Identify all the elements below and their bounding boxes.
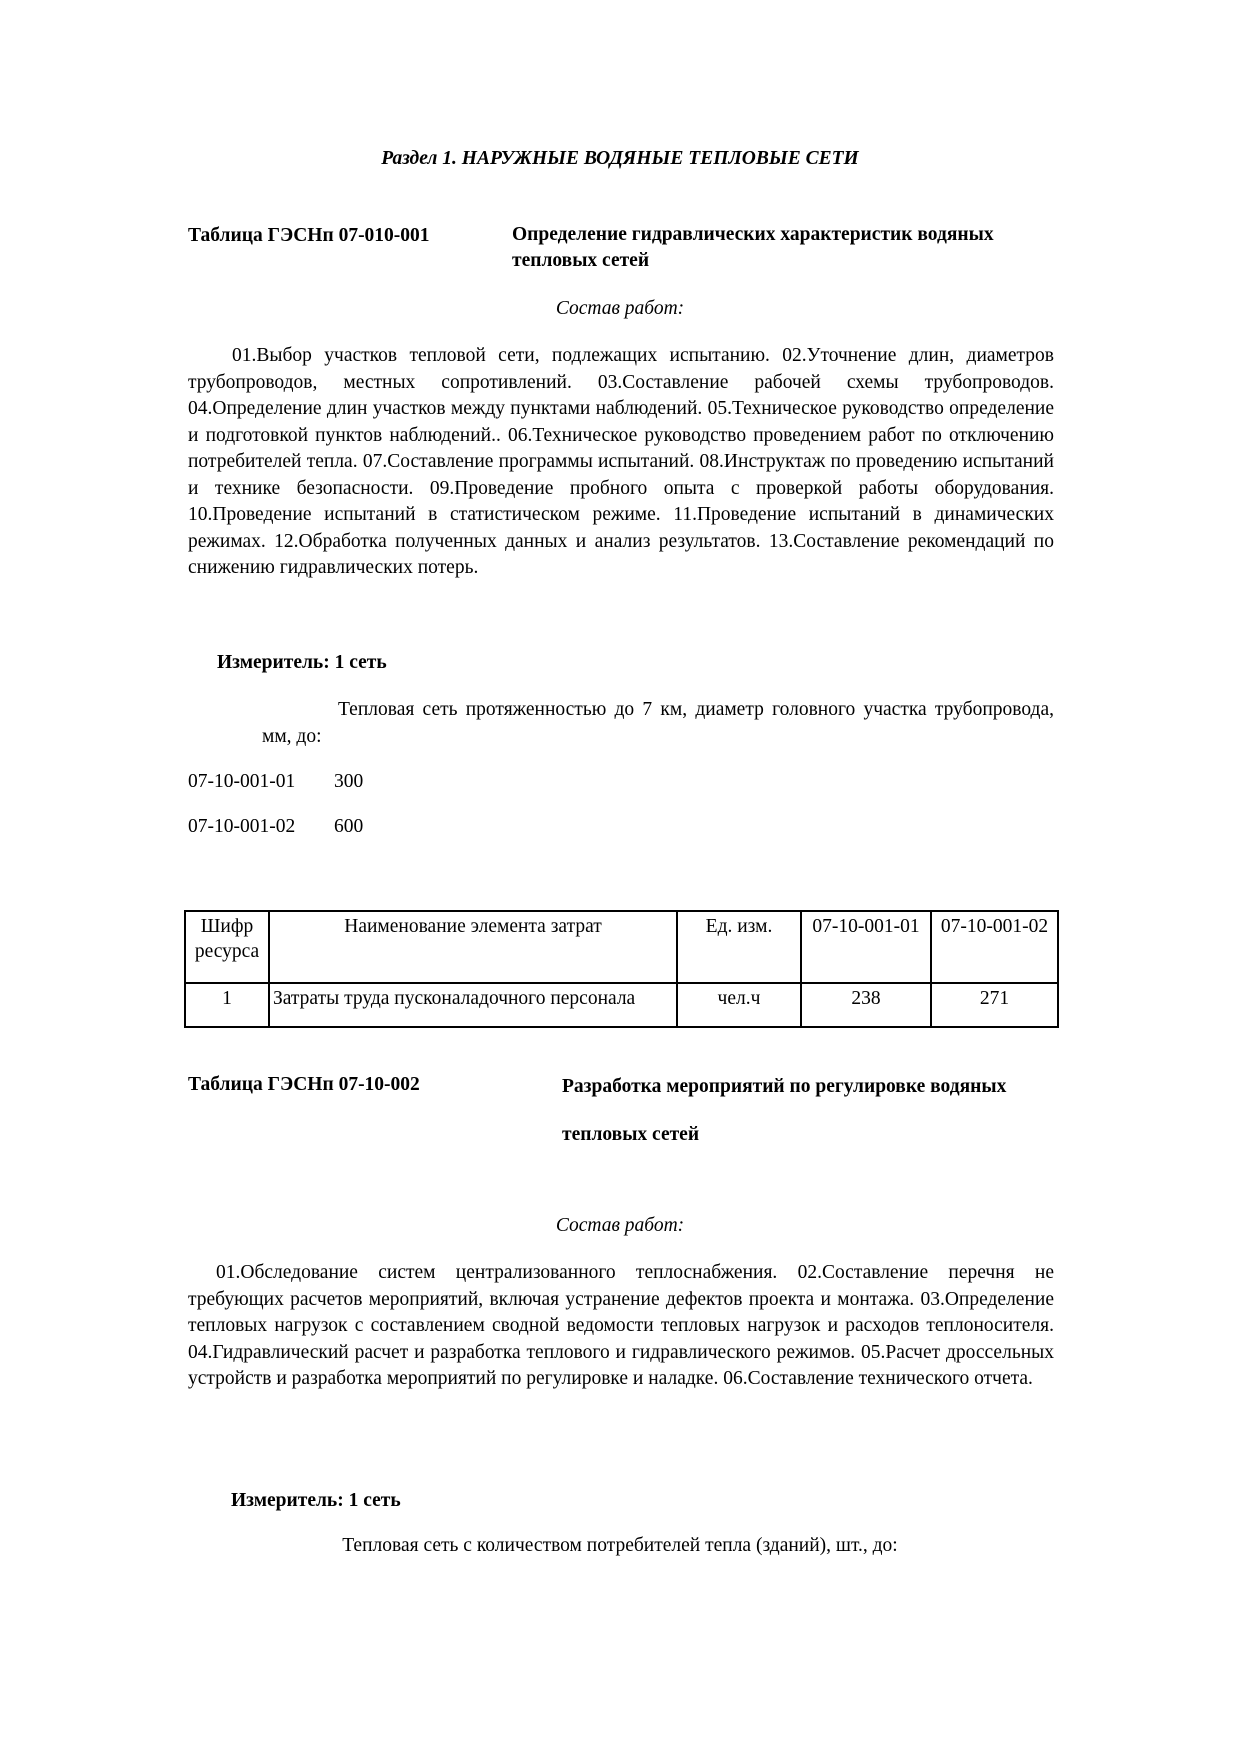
- table2-title-line1: Разработка мероприятий по регулировке во…: [562, 1074, 1062, 1100]
- cell: 1: [185, 983, 269, 1027]
- table-row: 1 Затраты труда пусконаладочного персона…: [185, 983, 1058, 1027]
- table1-item-code: 07-10-001-01: [188, 771, 295, 793]
- section-title: Раздел 1. НАРУЖНЫЕ ВОДЯНЫЕ ТЕПЛОВЫЕ СЕТИ: [0, 148, 1240, 170]
- header-cell: Шифр ресурса: [185, 911, 269, 983]
- table2-code: Таблица ГЭСНп 07-10-002: [188, 1074, 420, 1096]
- table1-item-code: 07-10-001-02: [188, 816, 295, 838]
- header-cell: 07-10-001-02: [931, 911, 1058, 983]
- table2-description: Тепловая сеть с количеством потребителей…: [0, 1535, 1240, 1557]
- table1-title-line1: Определение гидравлических характеристик…: [512, 222, 1072, 248]
- header-cell: Наименование элемента затрат: [269, 911, 677, 983]
- table1-works-text: 01.Выбор участков тепловой сети, подлежа…: [188, 343, 1054, 582]
- table1-title: Определение гидравлических характеристик…: [512, 222, 1072, 274]
- header-cell: Ед. изм.: [677, 911, 801, 983]
- table2-title-line2: тепловых сетей: [562, 1122, 1062, 1148]
- cell: 238: [801, 983, 931, 1027]
- table1-measure: Измеритель: 1 сеть: [217, 652, 387, 674]
- table1-title-line2: тепловых сетей: [512, 248, 1072, 274]
- cell: 271: [931, 983, 1058, 1027]
- table1-works-heading: Состав работ:: [0, 298, 1240, 320]
- cell: чел.ч: [677, 983, 801, 1027]
- table2-works-heading: Состав работ:: [0, 1215, 1240, 1237]
- resource-table: Шифр ресурса Наименование элемента затра…: [184, 910, 1059, 1028]
- table2-title: Разработка мероприятий по регулировке во…: [562, 1074, 1062, 1148]
- table1-description: Тепловая сеть протяженностью до 7 км, ди…: [262, 697, 1054, 750]
- resource-table-header: Шифр ресурса Наименование элемента затра…: [185, 911, 1058, 983]
- table2-works-text: 01.Обследование систем централизованного…: [188, 1260, 1054, 1393]
- table1-item-value: 600: [334, 816, 363, 838]
- table2-measure: Измеритель: 1 сеть: [231, 1490, 401, 1512]
- cell: Затраты труда пусконаладочного персонала: [269, 983, 677, 1027]
- table1-code: Таблица ГЭСНп 07-010-001: [188, 225, 430, 247]
- header-cell: 07-10-001-01: [801, 911, 931, 983]
- table1-item-value: 300: [334, 771, 363, 793]
